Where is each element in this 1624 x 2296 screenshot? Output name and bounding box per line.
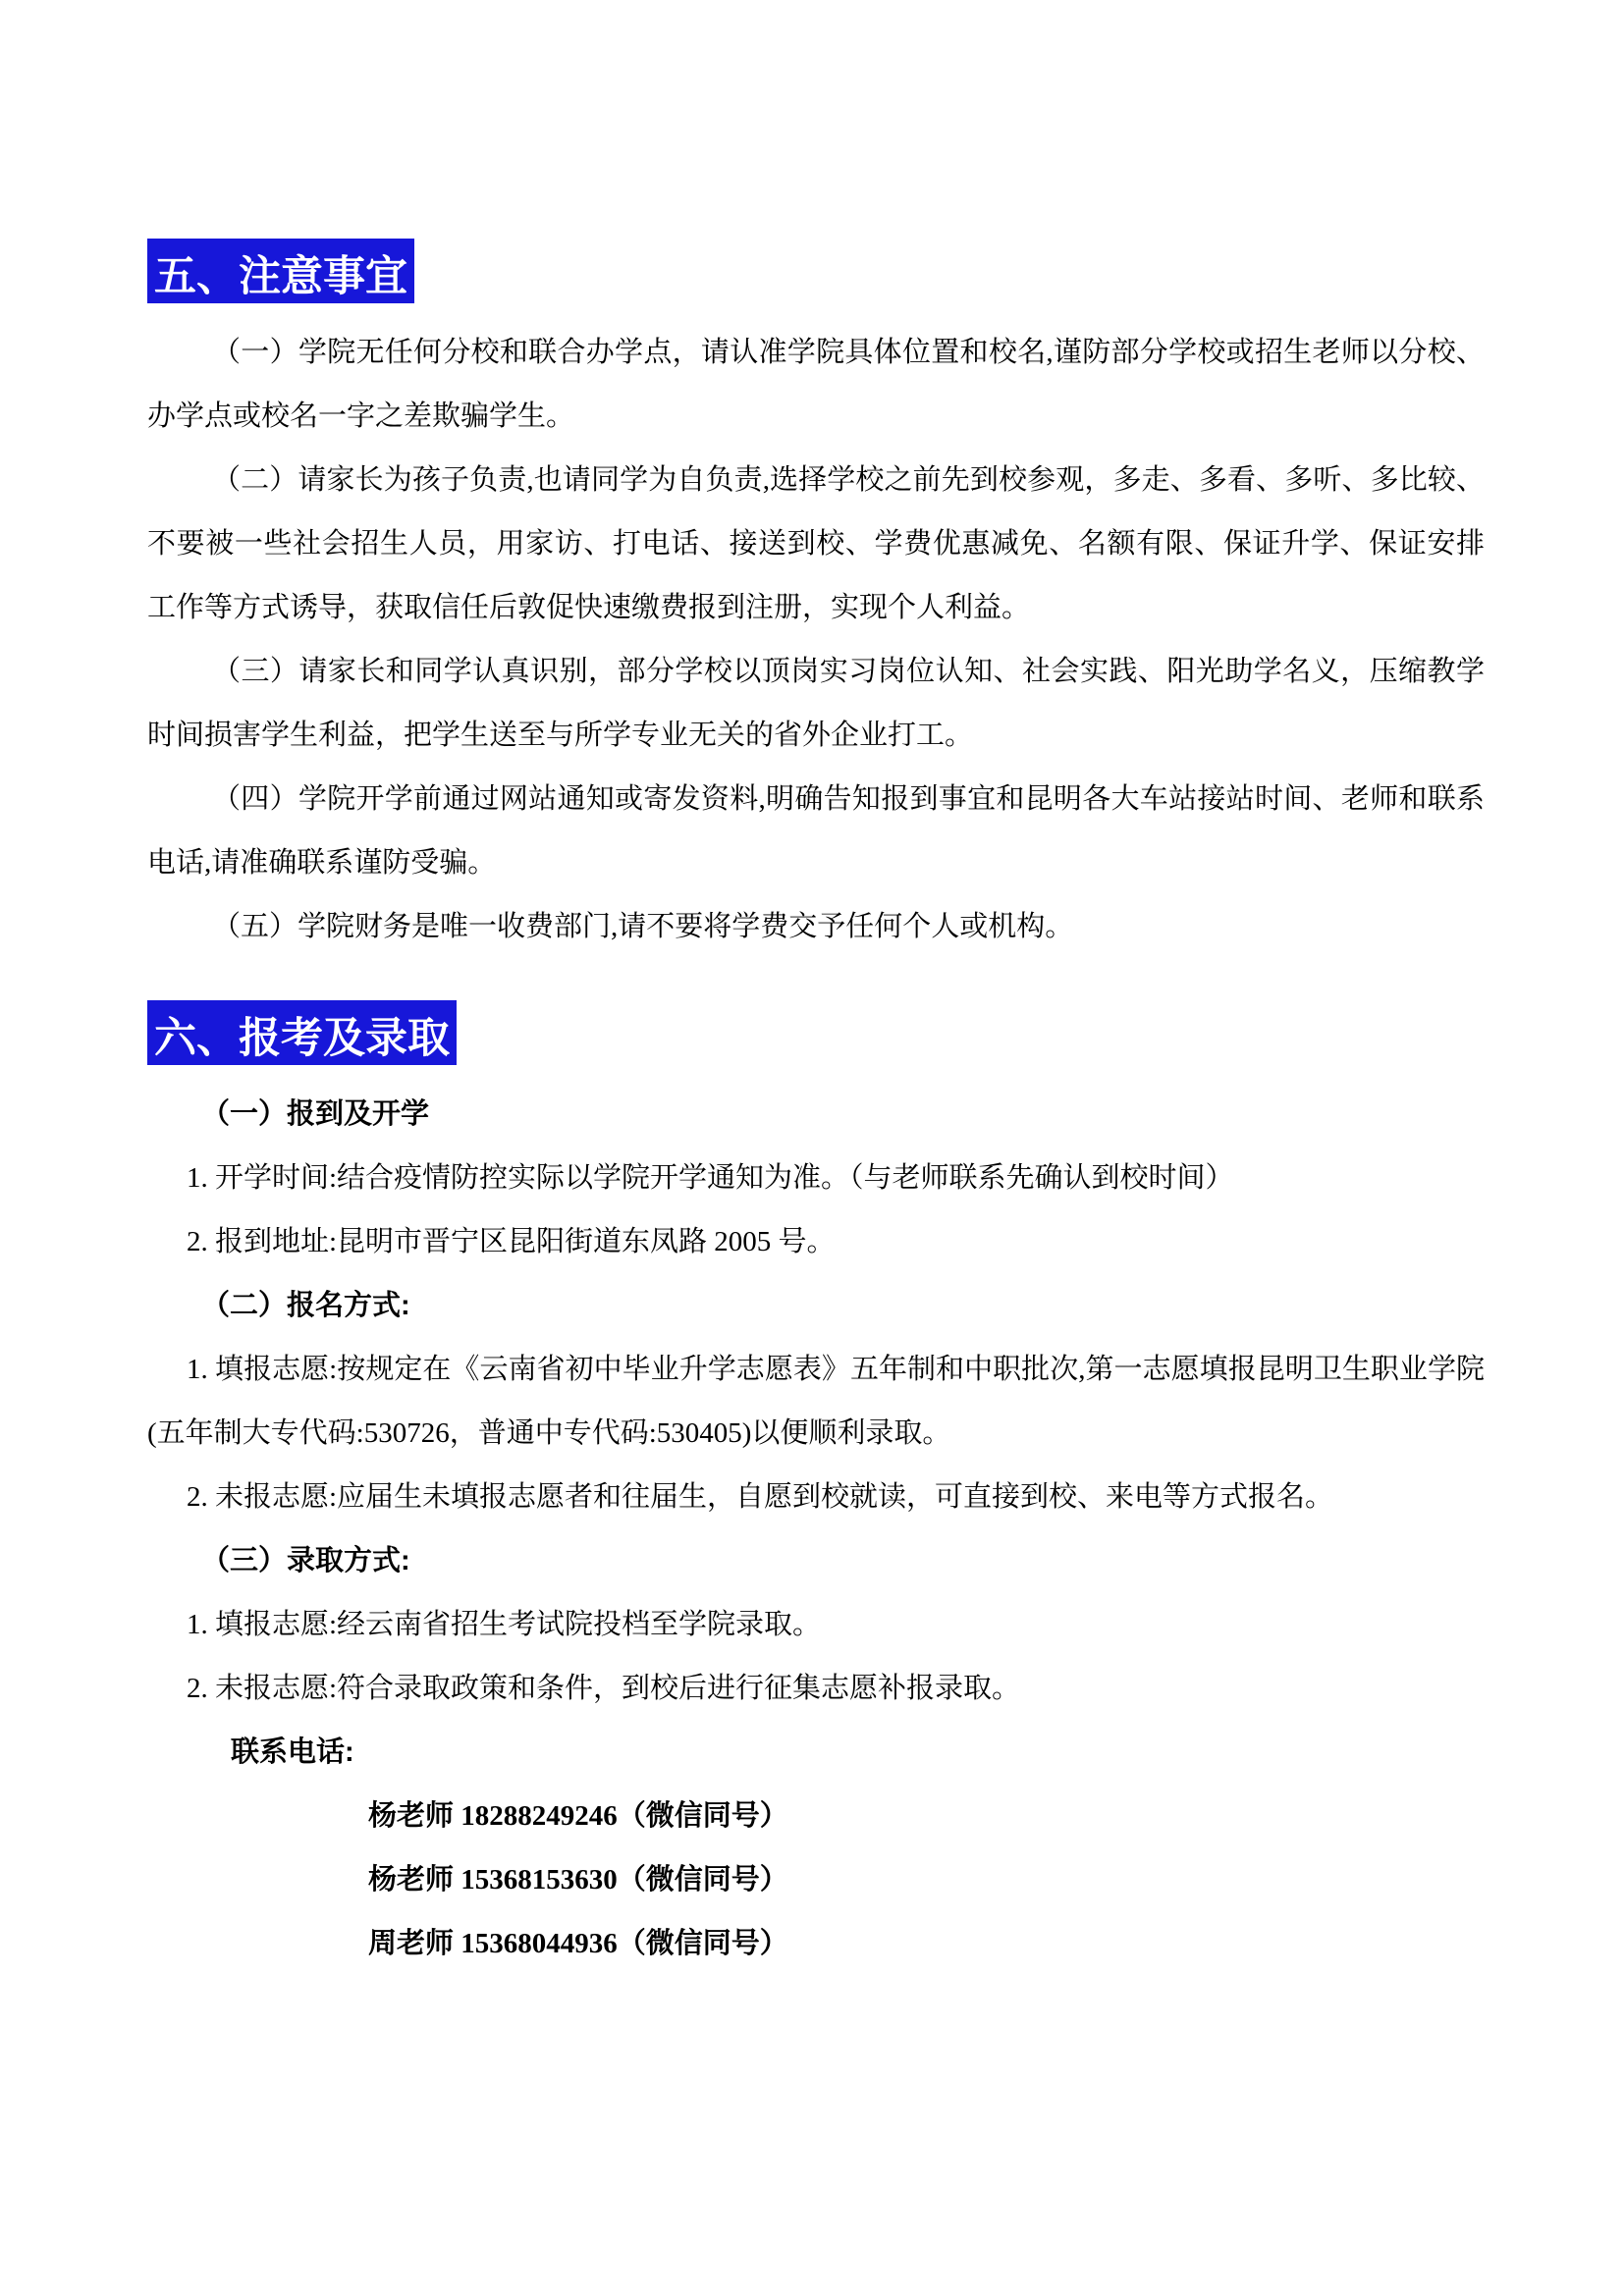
admission-item: 1. 填报志愿:按规定在《云南省初中毕业升学志愿表》五年制和中职批次,第一志愿填… (147, 1338, 1485, 1466)
section-heading-admission: 六、报考及录取 (147, 1000, 457, 1065)
admission-item: 2. 报到地址:昆明市晋宁区昆阳街道东凤路 2005 号。 (147, 1210, 1485, 1274)
notes-paragraph: （四）学院开学前通过网站通知或寄发资料,明确告知报到事宜和昆明各大车站接站时间、… (147, 768, 1485, 895)
phone-line: 杨老师 15368153630（微信同号） (368, 1848, 1485, 1912)
phone-line: 杨老师 18288249246（微信同号） (368, 1785, 1485, 1848)
notes-paragraph: （二）请家长为孩子负责,也请同学为自负责,选择学校之前先到校参观，多走、多看、多… (147, 449, 1485, 640)
section-notes: 五、注意事宜 (147, 239, 1485, 303)
phone-line: 周老师 15368044936（微信同号） (368, 1912, 1485, 1976)
notes-paragraph: （三）请家长和同学认真识别，部分学校以顶岗实习岗位认知、社会实践、阳光助学名义，… (147, 640, 1485, 768)
section-notes-body: （一）学院无任何分校和联合办学点，请认准学院具体位置和校名,谨防部分学校或招生老… (147, 321, 1485, 959)
section-heading-notes: 五、注意事宜 (147, 239, 414, 303)
contact-phone-label: 联系电话: (231, 1721, 1485, 1785)
subsection-heading-signup: （二）报名方式: (147, 1274, 1485, 1338)
document-page: 五、注意事宜 （一）学院无任何分校和联合办学点，请认准学院具体位置和校名,谨防部… (0, 0, 1624, 2296)
subsection-heading-checkin: （一）报到及开学 (147, 1083, 1485, 1147)
notes-paragraph: （一）学院无任何分校和联合办学点，请认准学院具体位置和校名,谨防部分学校或招生老… (147, 321, 1485, 449)
admission-item: 2. 未报志愿:符合录取政策和条件，到校后进行征集志愿补报录取。 (147, 1657, 1485, 1721)
notes-paragraph: （五）学院财务是唯一收费部门,请不要将学费交予任何个人或机构。 (147, 895, 1485, 959)
admission-item: 1. 开学时间:结合疫情防控实际以学院开学通知为准。（与老师联系先确认到校时间） (147, 1147, 1485, 1210)
subsection-heading-enrollment: （三）录取方式: (147, 1529, 1485, 1593)
admission-item: 1. 填报志愿:经云南省招生考试院投档至学院录取。 (147, 1593, 1485, 1657)
section-admission: 六、报考及录取 (147, 1000, 1485, 1065)
admission-item: 2. 未报志愿:应届生未填报志愿者和往届生，自愿到校就读，可直接到校、来电等方式… (147, 1466, 1485, 1529)
section-admission-body: （一）报到及开学 1. 开学时间:结合疫情防控实际以学院开学通知为准。（与老师联… (147, 1083, 1485, 1976)
